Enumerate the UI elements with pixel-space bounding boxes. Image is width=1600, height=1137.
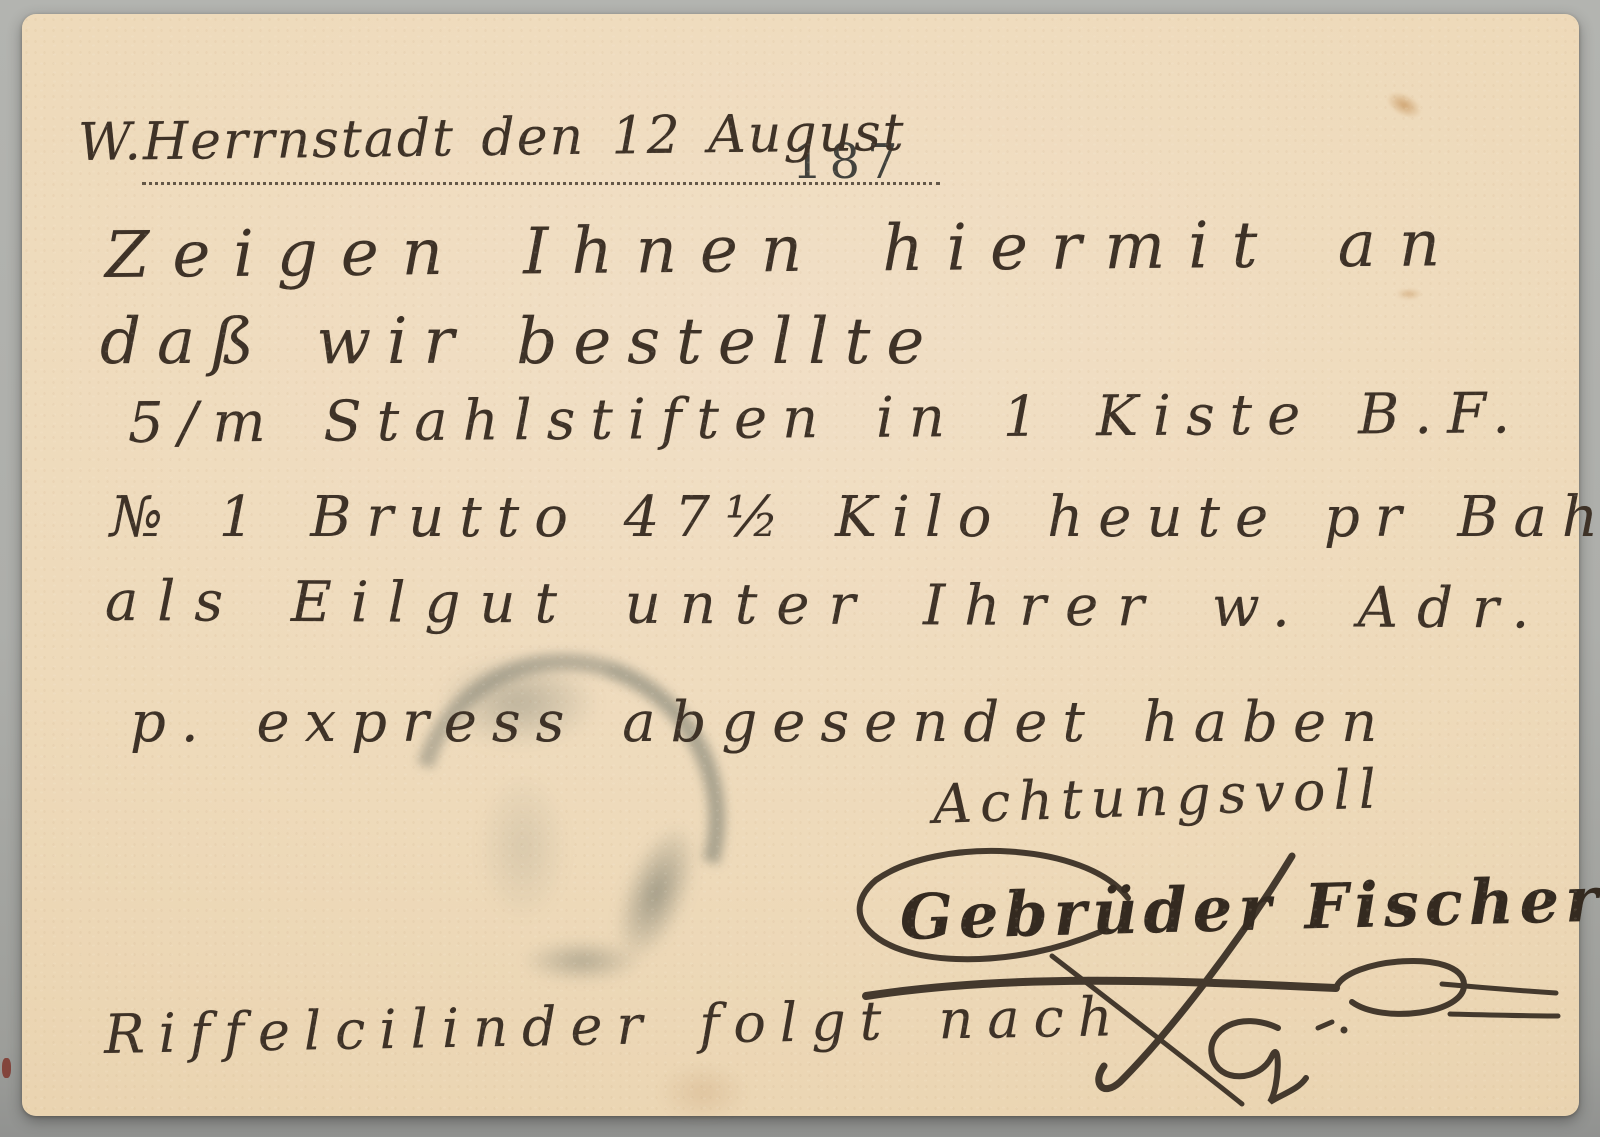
postcard-paper: 187 W.Herrnstadt den 12 August Zeigen Ih… — [22, 14, 1579, 1116]
foxing-stain — [1396, 288, 1422, 300]
handwriting-line: daß wir bestellte — [100, 306, 940, 380]
postmark-blob — [522, 940, 642, 982]
signature: Gebrüder Fischer — [899, 864, 1600, 954]
postmark-blob — [599, 813, 713, 972]
foxing-stain — [658, 1062, 748, 1122]
handwriting-line: Zeigen Ihnen hiermit an — [105, 208, 1464, 293]
handwriting-line: № 1 Brutto 47½ Kilo heute pr Bahn — [110, 486, 1600, 550]
postscript-line: Riffelcilinder folgt nach — [103, 986, 1127, 1066]
scanned-postcard-photo: { "scan": { "mat_color": "#adaeaa", "pap… — [0, 0, 1600, 1137]
handwriting-line: 5/m Stahlstiften in 1 Kiste B.F. — [128, 382, 1525, 456]
handwriting-line: als Eilgut unter Ihrer w. Adr. — [105, 570, 1549, 642]
closing-line: Achtungsvoll — [932, 758, 1385, 836]
dateline-handwriting: W.Herrnstadt den 12 August — [78, 104, 906, 174]
mat-mark — [2, 1058, 11, 1078]
postmark-speckle — [478, 772, 568, 922]
foxing-stain — [1382, 86, 1426, 123]
handwriting-line: p. express abgesendet haben — [130, 691, 1392, 755]
postmark-ring — [354, 598, 782, 1031]
